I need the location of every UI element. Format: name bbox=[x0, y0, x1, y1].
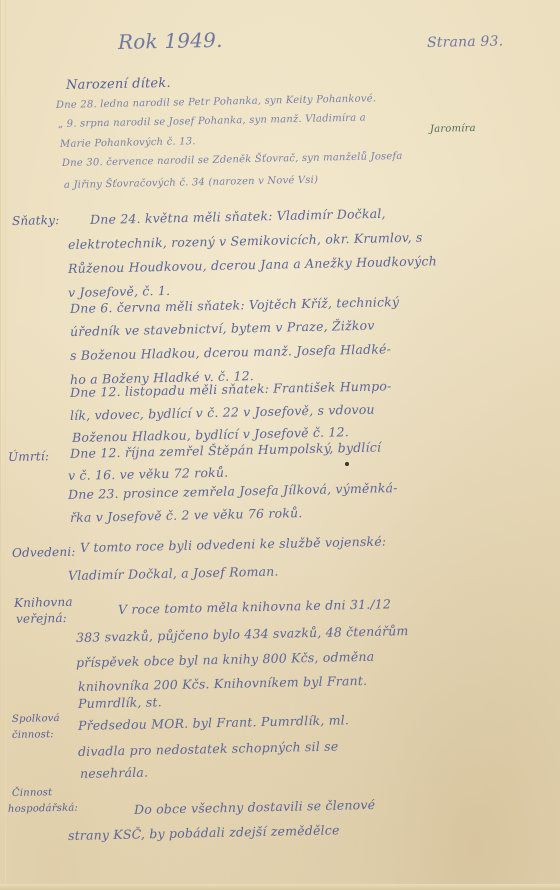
chronicle-page: Rok 1949. Strana 93. Narození dítek. Dne… bbox=[0, 0, 560, 890]
weddings-label: Sňatky: bbox=[12, 213, 60, 228]
deaths-line: řka v Josefově č. 2 ve věku 76 roků. bbox=[70, 505, 303, 525]
births-line: „ 9. srpna narodil se Josef Pohanka, syn… bbox=[58, 113, 366, 130]
births-line: Dne 28. ledna narodil se Petr Pohanka, s… bbox=[56, 93, 376, 111]
economic-label-line2: hospodářská: bbox=[8, 803, 78, 815]
conscription-line: V tomto roce byli odvedeni ke službě voj… bbox=[80, 534, 387, 555]
economic-line: strany KSČ, by pobádali zdejší zemědělce bbox=[68, 822, 340, 843]
deaths-label: Úmrtí: bbox=[8, 449, 49, 464]
club-line: divadla pro nedostatek schopných sil se bbox=[78, 739, 339, 759]
deaths-line: Dne 23. prosince zemřela Josefa Jílková,… bbox=[68, 480, 398, 502]
library-line: knihovníka 200 Kčs. Knihovníkem byl Fran… bbox=[78, 673, 368, 694]
births-line: Dne 30. července narodil se Zdeněk Šťovr… bbox=[62, 151, 403, 169]
births-line: Marie Pohankových č. 13. bbox=[60, 136, 196, 150]
conscription-line: Vladimír Dočkal, a Josef Roman. bbox=[68, 564, 279, 583]
club-line: nesehrála. bbox=[80, 765, 148, 781]
club-line: Předsedou MOR. byl Frant. Pumrdlík, ml. bbox=[78, 712, 349, 733]
weddings-line: lík, vdovec, bydlící v č. 22 v Josefově,… bbox=[70, 402, 375, 423]
library-line: příspěvek obce byl na knihy 800 Kčs, odm… bbox=[76, 649, 375, 670]
economic-line: Do obce všechny dostavili se členové bbox=[134, 797, 376, 817]
weddings-line: v Josefově, č. 1. bbox=[68, 283, 171, 300]
births-correction: Jaromíra bbox=[430, 123, 476, 135]
page-left-edge bbox=[0, 0, 6, 890]
births-line: a Jiřiny Šťovračových č. 34 (narozen v N… bbox=[64, 175, 318, 191]
weddings-line: Růženou Houdkovou, dcerou Jana a Anežky … bbox=[68, 253, 437, 276]
weddings-line: s Boženou Hladkou, dcerou manž. Josefa H… bbox=[70, 341, 391, 363]
library-label-line2: veřejná: bbox=[16, 611, 67, 626]
deaths-line: v č. 16. ve věku 72 roků. bbox=[68, 465, 229, 483]
weddings-line: elektrotechnik, rozený v Semikovicích, o… bbox=[68, 230, 423, 252]
economic-label-line1: Činnost bbox=[12, 787, 53, 799]
year-heading: Rok 1949. bbox=[118, 28, 223, 54]
page-number: Strana 93. bbox=[427, 33, 504, 51]
page-bottom-edge bbox=[0, 884, 560, 890]
club-label-line1: Spolková bbox=[12, 713, 60, 725]
library-line: 383 svazků, půjčeno bylo 434 svazků, 48 … bbox=[76, 623, 409, 645]
births-heading: Narození dítek. bbox=[66, 76, 171, 93]
library-line: Pumrdlík, st. bbox=[78, 694, 162, 711]
club-label-line2: činnost: bbox=[12, 729, 54, 741]
weddings-line: Dne 24. května měli sňatek: Vladimír Doč… bbox=[90, 206, 386, 227]
library-line: V roce tomto měla knihovna ke dni 31./12 bbox=[118, 596, 391, 617]
ink-blot bbox=[345, 462, 349, 466]
weddings-line: úředník ve stavebnictví, bytem v Praze, … bbox=[70, 318, 375, 339]
library-label-line1: Knihovna bbox=[14, 595, 73, 610]
conscription-label: Odvedeni: bbox=[12, 545, 76, 560]
